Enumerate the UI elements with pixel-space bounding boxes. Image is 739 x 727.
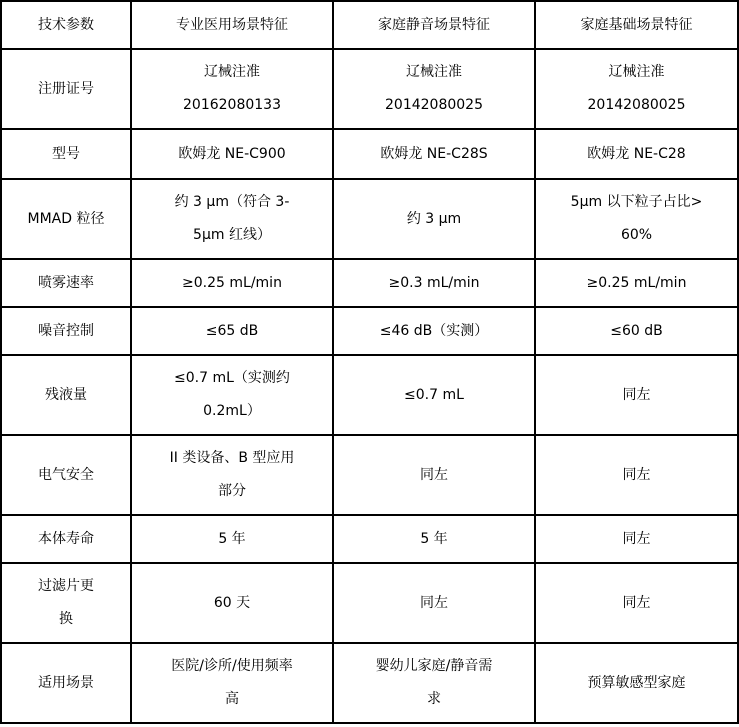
header-medical: 专业医用场景特征	[131, 1, 333, 49]
cell: 婴幼儿家庭/静音需 求	[333, 643, 535, 723]
cell: 预算敏感型家庭	[535, 643, 738, 723]
cell: 约 3 μm（符合 3- 5μm 红线）	[131, 179, 333, 259]
cell: 同左	[333, 563, 535, 643]
header-row: 技术参数 专业医用场景特征 家庭静音场景特征 家庭基础场景特征	[1, 1, 738, 49]
cell: ≤65 dB	[131, 307, 333, 355]
cell: 辽械注准 20142080025	[333, 49, 535, 129]
cell: 同左	[535, 515, 738, 563]
cell: 医院/诊所/使用频率 高	[131, 643, 333, 723]
row-label: 本体寿命	[1, 515, 131, 563]
cell: 5 年	[131, 515, 333, 563]
table-row: 噪音控制 ≤65 dB ≤46 dB（实测） ≤60 dB	[1, 307, 738, 355]
row-label: 电气安全	[1, 435, 131, 515]
table-row: 本体寿命 5 年 5 年 同左	[1, 515, 738, 563]
table-row: 残液量 ≤0.7 mL（实测约 0.2mL） ≤0.7 mL 同左	[1, 355, 738, 435]
row-label: 喷雾速率	[1, 259, 131, 307]
cell: 欧姆龙 NE-C28	[535, 129, 738, 179]
cell: 欧姆龙 NE-C900	[131, 129, 333, 179]
cell: ≥0.25 mL/min	[535, 259, 738, 307]
table-row: 注册证号 辽械注准 20162080133 辽械注准 20142080025 辽…	[1, 49, 738, 129]
header-param: 技术参数	[1, 1, 131, 49]
cell: 同左	[535, 355, 738, 435]
row-label: 噪音控制	[1, 307, 131, 355]
header-home-quiet: 家庭静音场景特征	[333, 1, 535, 49]
table-row: 适用场景 医院/诊所/使用频率 高 婴幼儿家庭/静音需 求 预算敏感型家庭	[1, 643, 738, 723]
cell: 欧姆龙 NE-C28S	[333, 129, 535, 179]
row-label: 型号	[1, 129, 131, 179]
cell: ≤46 dB（实测）	[333, 307, 535, 355]
cell: 5 年	[333, 515, 535, 563]
row-label: 过滤片更 换	[1, 563, 131, 643]
cell: ≤0.7 mL	[333, 355, 535, 435]
cell: II 类设备、B 型应用 部分	[131, 435, 333, 515]
table-row: MMAD 粒径 约 3 μm（符合 3- 5μm 红线） 约 3 μm 5μm …	[1, 179, 738, 259]
cell: ≤60 dB	[535, 307, 738, 355]
cell: ≤0.7 mL（实测约 0.2mL）	[131, 355, 333, 435]
cell: 同左	[535, 563, 738, 643]
cell: 约 3 μm	[333, 179, 535, 259]
cell: 60 天	[131, 563, 333, 643]
cell: 同左	[333, 435, 535, 515]
spec-comparison-table: 技术参数 专业医用场景特征 家庭静音场景特征 家庭基础场景特征 注册证号 辽械注…	[0, 0, 739, 724]
cell: 5μm 以下粒子占比> 60%	[535, 179, 738, 259]
cell: 同左	[535, 435, 738, 515]
row-label: 注册证号	[1, 49, 131, 129]
row-label: 残液量	[1, 355, 131, 435]
cell: ≥0.3 mL/min	[333, 259, 535, 307]
row-label: 适用场景	[1, 643, 131, 723]
cell: 辽械注准 20162080133	[131, 49, 333, 129]
header-home-basic: 家庭基础场景特征	[535, 1, 738, 49]
table-row: 电气安全 II 类设备、B 型应用 部分 同左 同左	[1, 435, 738, 515]
table-row: 过滤片更 换 60 天 同左 同左	[1, 563, 738, 643]
cell: ≥0.25 mL/min	[131, 259, 333, 307]
cell: 辽械注准 20142080025	[535, 49, 738, 129]
row-label: MMAD 粒径	[1, 179, 131, 259]
table-row: 喷雾速率 ≥0.25 mL/min ≥0.3 mL/min ≥0.25 mL/m…	[1, 259, 738, 307]
table-row: 型号 欧姆龙 NE-C900 欧姆龙 NE-C28S 欧姆龙 NE-C28	[1, 129, 738, 179]
